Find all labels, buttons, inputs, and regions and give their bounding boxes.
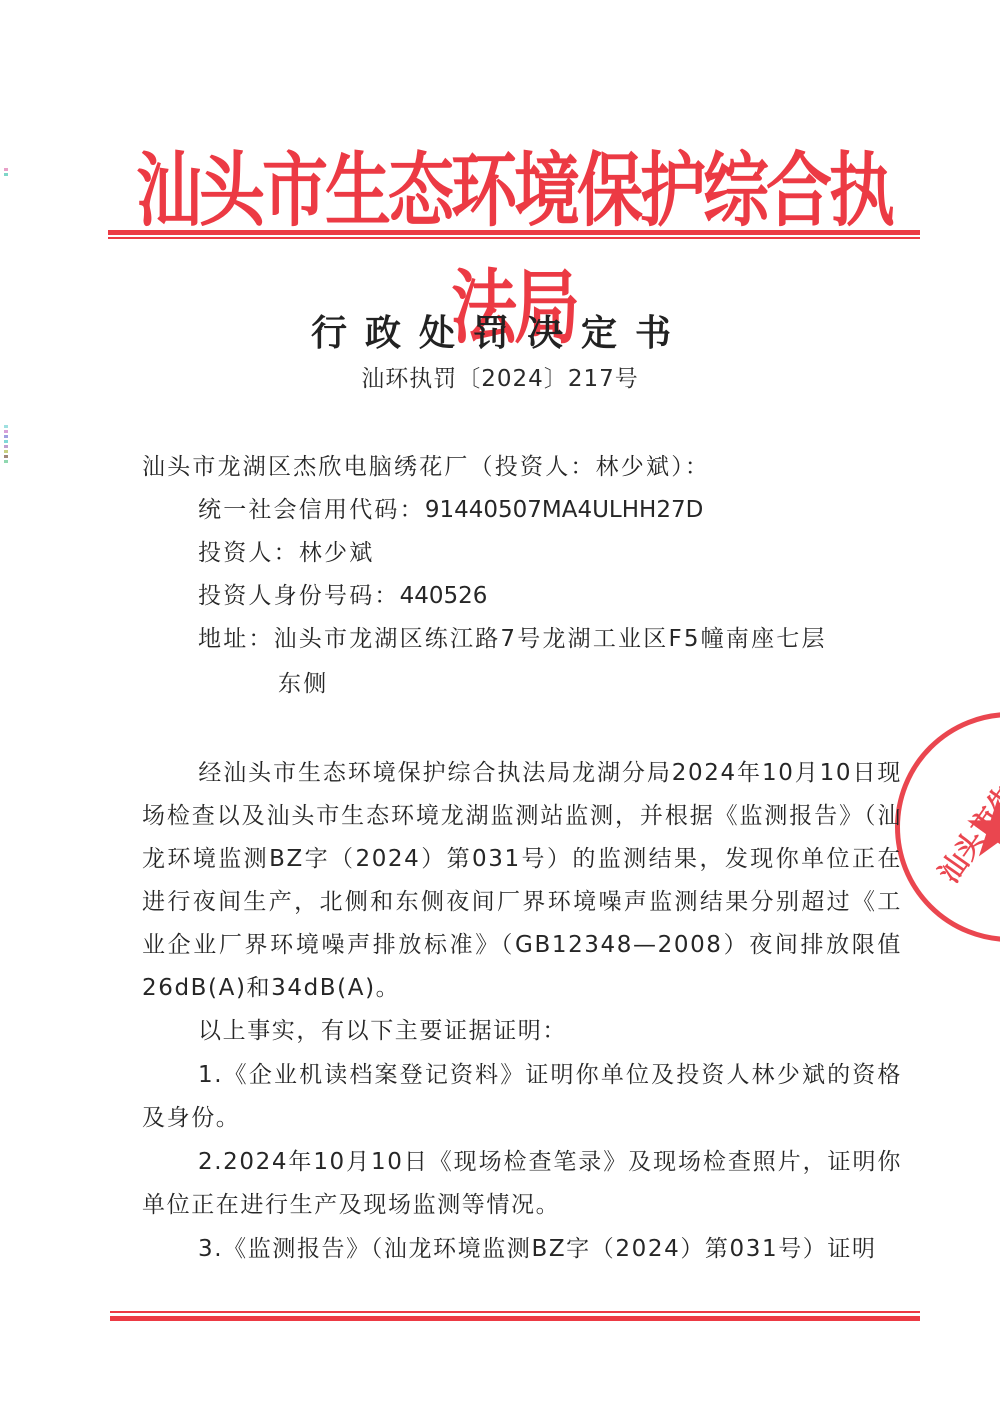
evidence-item-2-text: 2.2024年10月10日《现场检查笔录》及现场检查照片，证明你单位正在进行生产… (142, 1149, 902, 1218)
facts-paragraph: 经汕头市生态环境保护综合执法局龙湖分局2024年10月10日现场检查以及汕头市生… (142, 752, 902, 1010)
investor-value: 林少斌 (299, 540, 375, 566)
evidence-intro-text: 以上事实，有以下主要证据证明： (198, 1018, 567, 1044)
address-continuation: 东侧 (278, 669, 328, 699)
footer-rule-thin (110, 1311, 920, 1313)
masthead-rule-thin (108, 237, 920, 239)
investor-id-field: 投资人身份号码：440526 (198, 581, 487, 611)
credit-code-label: 统一社会信用代码： (198, 497, 425, 523)
credit-code-value: 91440507MA4ULHH27D (425, 497, 704, 523)
masthead-rule-thick (108, 230, 920, 235)
evidence-item-1: 1.《企业机读档案登记资料》证明你单位及投资人林少斌的资格及身份。 (142, 1054, 902, 1140)
investor-field: 投资人：林少斌 (198, 538, 374, 568)
evidence-item-2: 2.2024年10月10日《现场检查笔录》及现场检查照片，证明你单位正在进行生产… (142, 1141, 902, 1227)
star-icon: ★ (962, 789, 1000, 869)
footer-rule-thick (110, 1316, 920, 1321)
scan-edge-marks (4, 168, 8, 178)
evidence-item-3-text: 3.《监测报告》（汕龙环境监测BZ字（2024）第031号）证明 (198, 1236, 877, 1262)
document-title: 行政处罚决定书 (0, 305, 1000, 356)
investor-label: 投资人： (198, 540, 299, 566)
scan-edge-marks (4, 425, 8, 465)
recipient-name: 汕头市龙湖区杰欣电脑绣花厂（投资人：林少斌）： (142, 452, 710, 482)
credit-code-field: 统一社会信用代码：91440507MA4ULHH27D (198, 495, 703, 525)
address-label: 地址： (198, 626, 274, 652)
evidence-intro: 以上事实，有以下主要证据证明： (142, 1010, 902, 1053)
investor-id-label: 投资人身份号码： (198, 583, 400, 609)
facts-text: 经汕头市生态环境保护综合执法局龙湖分局2024年10月10日现场检查以及汕头市生… (142, 760, 902, 1001)
address-value: 汕头市龙湖区练江路7号龙湖工业区F5幢南座七层 (274, 626, 827, 652)
official-seal: 汕头市生态环境 ★ (895, 712, 1000, 942)
address-field: 地址：汕头市龙湖区练江路7号龙湖工业区F5幢南座七层 (198, 624, 827, 654)
evidence-item-1-text: 1.《企业机读档案登记资料》证明你单位及投资人林少斌的资格及身份。 (142, 1062, 902, 1131)
evidence-item-3: 3.《监测报告》（汕龙环境监测BZ字（2024）第031号）证明 (142, 1228, 902, 1271)
investor-id-value: 440526 (400, 583, 488, 609)
document-number: 汕环执罚〔2024〕217号 (0, 360, 1000, 393)
